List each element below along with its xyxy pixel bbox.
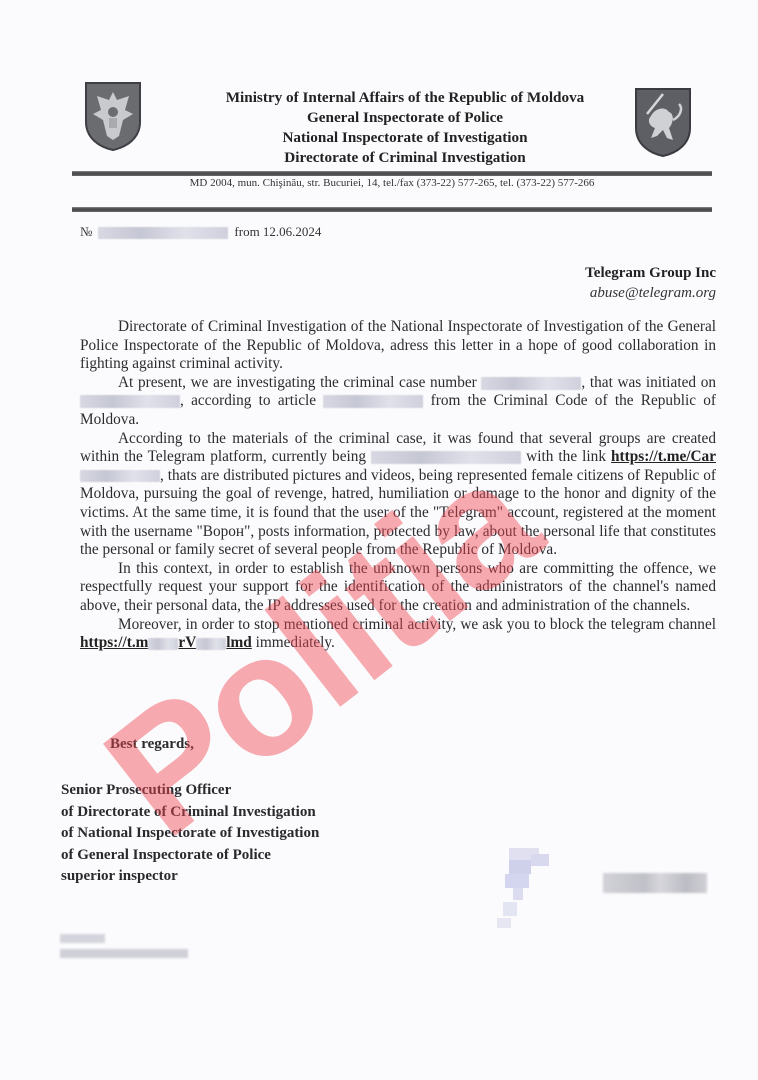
moldova-coat-of-arms-icon [83, 80, 143, 152]
redacted-link-part [196, 638, 226, 650]
paragraph-block-request: Moreover, in order to stop mentioned cri… [80, 616, 716, 653]
letter-body: Directorate of Criminal Investigation of… [80, 318, 716, 653]
letterhead-line: Directorate of Criminal Investigation [160, 148, 650, 168]
header-divider-top [72, 171, 712, 176]
paragraph-findings: According to the materials of the crimin… [80, 430, 716, 560]
reference-date: from 12.06.2024 [234, 224, 321, 239]
paragraph-case: At present, we are investigating the cri… [80, 374, 716, 430]
reference-number-prefix: № [80, 224, 92, 239]
signature-title-block: Senior Prosecuting Officer of Directorat… [61, 780, 319, 888]
redacted-signatory-name [603, 873, 707, 893]
block-channel-link[interactable]: https://t.mrVlmd [80, 634, 252, 651]
letter-page: Ministry of Internal Affairs of the Repu… [0, 0, 758, 1080]
letterhead-line: Ministry of Internal Affairs of the Repu… [160, 88, 650, 108]
signature-line: of Directorate of Criminal Investigation [61, 802, 319, 824]
redacted-contact-line [60, 934, 105, 943]
redacted-link-part [80, 470, 160, 482]
letterhead-line: General Inspectorate of Police [160, 108, 650, 128]
redacted-case-number [481, 377, 581, 390]
paragraph-intro: Directorate of Criminal Investigation of… [80, 318, 716, 374]
letterhead-address: MD 2004, mun. Chişinău, str. Bucuriei, 1… [72, 177, 712, 189]
signature-line: of National Inspectorate of Investigatio… [61, 823, 319, 845]
redacted-contact-line [60, 949, 188, 958]
signature-line: superior inspector [61, 866, 319, 888]
recipient-name: Telegram Group Inc [585, 263, 716, 283]
redacted-reference-number [98, 227, 228, 239]
redacted-signature [495, 840, 570, 940]
reference-line: №from 12.06.2024 [80, 224, 321, 240]
signature-line: Senior Prosecuting Officer [61, 780, 319, 802]
redacted-article [323, 395, 423, 408]
recipient-email: abuse@telegram.org [585, 283, 716, 303]
redacted-channel-name [371, 451, 521, 464]
closing-regards: Best regards, [110, 736, 194, 753]
letterhead-line: National Inspectorate of Investigation [160, 128, 650, 148]
redacted-date [80, 395, 180, 408]
letterhead-titles: Ministry of Internal Affairs of the Repu… [160, 88, 650, 168]
paragraph-request: In this context, in order to establish t… [80, 560, 716, 616]
signature-line: of General Inspectorate of Police [61, 845, 319, 867]
recipient-block: Telegram Group Inc abuse@telegram.org [585, 263, 716, 303]
redacted-link-part [148, 638, 178, 650]
channel-link[interactable]: https://t.me/Car [611, 448, 716, 465]
header-divider-bottom [72, 207, 712, 212]
